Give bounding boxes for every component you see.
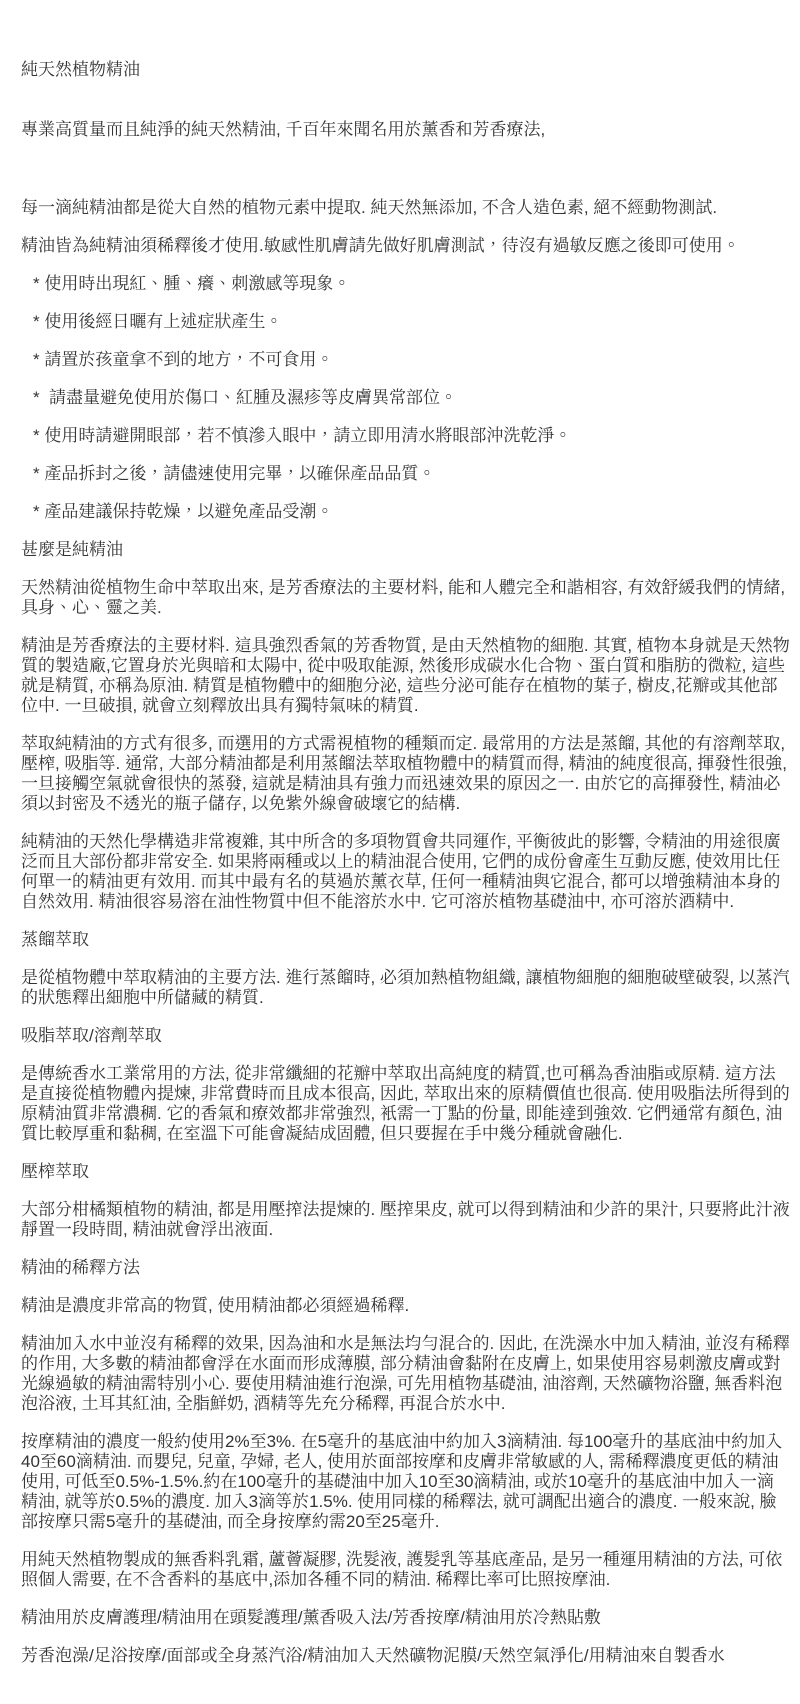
warning-item: * 產品拆封之後，請儘速使用完畢，以確保產品品質。 <box>21 464 790 484</box>
section-paragraph: 大部分柑橘類植物的精油, 都是用壓搾法提煉的. 壓搾果皮, 就可以得到精油和少許… <box>21 1200 790 1240</box>
section-heading-what-is-pure-oil: 甚麼是純精油 <box>21 540 790 560</box>
product-description-document: 純天然植物精油 專業高質量而且純淨的純天然精油, 千百年來聞名用於薰香和芳香療法… <box>0 0 800 1704</box>
warning-item: * 使用後經日曬有上述症狀產生。 <box>21 312 790 332</box>
section-paragraph: 用純天然植物製成的無香料乳霜, 蘆薈凝膠, 洗髮液, 護髮乳等基底產品, 是另一… <box>21 1550 790 1590</box>
intro-paragraph-1: 每一滴純精油都是從大自然的植物元素中提取. 純天然無添加, 不含人造色素, 絕不… <box>21 198 790 218</box>
warning-item: * 使用時出現紅、腫、癢、刺激感等現象。 <box>21 274 790 294</box>
page-title: 純天然植物精油 <box>21 60 790 80</box>
section-paragraph: 純精油的天然化學構造非常複雜, 其中所含的多項物質會共同運作, 平衡彼此的影響,… <box>21 832 790 912</box>
section-paragraph: 精油是濃度非常高的物質, 使用精油都必須經過稀釋. <box>21 1296 790 1316</box>
page: { "page": { "background_color": "#ffffff… <box>0 0 800 1704</box>
warning-item: * 請盡量避免使用於傷口、紅腫及濕疹等皮膚異常部位。 <box>21 388 790 408</box>
usage-line: 精油用於皮膚護理/精油用在頭髮護理/薰香吸入法/芳香按摩/精油用於冷熱貼敷 <box>21 1608 790 1628</box>
warning-item: * 請置於孩童拿不到的地方，不可食用。 <box>21 350 790 370</box>
page-subtitle: 專業高質量而且純淨的純天然精油, 千百年來聞名用於薰香和芳香療法, <box>21 120 790 140</box>
section-heading-expression: 壓榨萃取 <box>21 1162 790 1182</box>
section-paragraph: 天然精油從植物生命中萃取出來, 是芳香療法的主要材料, 能和人體完全和諧相容, … <box>21 578 790 618</box>
section-paragraph: 是傳統香水工業常用的方法, 從非常纖細的花瓣中萃取出高純度的精質,也可稱為香油脂… <box>21 1064 790 1144</box>
section-paragraph: 是從植物體中萃取精油的主要方法. 進行蒸餾時, 必須加熱植物組織, 讓植物細胞的… <box>21 968 790 1008</box>
section-heading-distillation: 蒸餾萃取 <box>21 930 790 950</box>
section-paragraph: 精油加入水中並沒有稀釋的效果, 因為油和水是無法均勻混合的. 因此, 在洗澡水中… <box>21 1334 790 1414</box>
section-heading-enfleurage-solvent: 吸脂萃取/溶劑萃取 <box>21 1026 790 1046</box>
intro-header: 純天然植物精油 專業高質量而且純淨的純天然精油, 千百年來聞名用於薰香和芳香療法… <box>21 20 790 180</box>
warning-item: * 使用時請避開眼部，若不慎滲入眼中，請立即用清水將眼部沖洗乾淨。 <box>21 426 790 446</box>
section-heading-dilution: 精油的稀釋方法 <box>21 1258 790 1278</box>
section-paragraph: 按摩精油的濃度一般約使用2%至3%. 在5毫升的基底油中約加入3滴精油. 每10… <box>21 1432 790 1532</box>
usage-line: 芳香泡澡/足浴按摩/面部或全身蒸汽浴/精油加入天然礦物泥膜/天然空氣淨化/用精油… <box>21 1646 790 1666</box>
warning-item: * 產品建議保持乾燥，以避免產品受潮。 <box>21 502 790 522</box>
section-paragraph: 精油是芳香療法的主要材料. 這具強烈香氣的芳香物質, 是由天然植物的細胞. 其實… <box>21 636 790 716</box>
section-paragraph: 萃取純精油的方式有很多, 而選用的方式需視植物的種類而定. 最常用的方法是蒸餾,… <box>21 734 790 814</box>
intro-paragraph-2: 精油皆為純精油須稀釋後才使用.敏感性肌膚請先做好肌膚測試，待沒有過敏反應之後即可… <box>21 236 790 256</box>
